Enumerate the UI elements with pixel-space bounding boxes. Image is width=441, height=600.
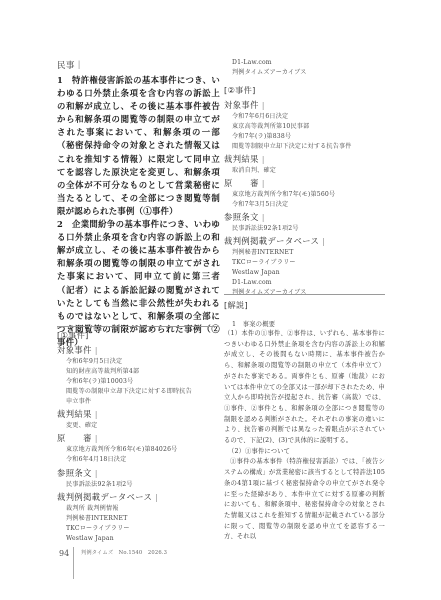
case2-db-5: 判例タイムズアーカイブス xyxy=(232,288,307,298)
case2-db-1: 判例秘書INTERNET xyxy=(232,248,293,258)
case1-heading: [①事件] xyxy=(57,330,89,341)
category-label: 民事｜ xyxy=(57,59,84,71)
case1-result-value: 変更、確定 xyxy=(66,421,97,431)
case2-target-3: 令和7年(ラ)第838号 xyxy=(232,132,291,142)
case2-original-1: 東京地方裁判所令和7年(モ)第560号 xyxy=(232,190,335,200)
case1-db-1: 裁判所 裁判例情報 xyxy=(66,504,119,514)
case2-db-4: D1-Law.com xyxy=(232,278,272,288)
case1-ref-label: 参照条文| xyxy=(57,467,98,479)
case2-ref-label: 参照条文| xyxy=(224,211,265,223)
commentary-paragraph-2: ①事件の基本事件（特許権侵害訴訟）では、「被告システムの構成」が営業秘密に該当す… xyxy=(224,457,385,543)
db-continued-1: D1-Law.com xyxy=(232,58,272,68)
footer-divider xyxy=(73,547,74,579)
case1-db-3: TKCローライブラリー xyxy=(66,524,130,534)
case2-original-2: 令和7年3月5日決定 xyxy=(232,200,288,210)
case2-target-2: 東京高等裁判所第10民事部 xyxy=(232,122,309,132)
case2-result-label: 裁判結果| xyxy=(224,153,265,165)
case2-ref-value: 民事訴訟法92条1項2号 xyxy=(232,224,299,234)
holdings: 1 特許権侵害訴訟の基本事件につき、いわゆる口外禁止条項を含む内容の訴訟上の和解… xyxy=(57,74,220,349)
page-number: 94 xyxy=(59,549,69,558)
commentary-paragraph-1: （1）本件の①事件、②事件は、いずれも、基本事件につきいわゆる口外禁止条項を含む… xyxy=(224,329,385,447)
case1-target-5: 申立事件 xyxy=(66,397,91,407)
divider xyxy=(57,326,219,327)
case1-db-4: Westlaw Japan xyxy=(66,534,114,544)
case1-db-label: 裁判例掲載データベース| xyxy=(57,491,158,503)
case2-db-3: Westlaw Japan xyxy=(232,268,280,278)
case2-db-label: 裁判例掲載データベース| xyxy=(224,235,325,247)
case1-target-3: 令和6年(ラ)第10003号 xyxy=(66,377,133,387)
case1-db-2: 判例秘書INTERNET xyxy=(66,514,127,524)
case2-target-label: 対象事件| xyxy=(224,99,265,111)
case1-original-2: 令和6年4月18日決定 xyxy=(66,455,126,465)
divider xyxy=(224,294,385,295)
publication-info: 判例タイムズ No.1540 2026.3 xyxy=(81,549,167,556)
case2-heading: [②事件] xyxy=(224,85,256,96)
case1-target-label: 対象事件| xyxy=(57,344,98,356)
case1-target-2: 知的財産高等裁判所第4部 xyxy=(66,367,139,377)
case2-db-2: TKCローライブラリー xyxy=(232,258,296,268)
db-continued-2: 判例タイムズアーカイブス xyxy=(232,68,307,78)
commentary-heading: [解説] xyxy=(224,300,248,311)
case1-ref-value: 民事訴訟法92条1項2号 xyxy=(66,480,133,490)
case2-target-4: 閲覧等制限申立却下決定に対する抗告事件 xyxy=(232,142,352,152)
case1-target-4: 閲覧等の制限申立却下決定に対する即時抗告 xyxy=(66,387,192,397)
case1-result-label: 裁判結果| xyxy=(57,408,98,420)
commentary-subheading-2: （2）①事件について xyxy=(224,447,385,458)
case2-original-label: 原 審| xyxy=(224,177,265,189)
case1-target-1: 令和6年9月5日決定 xyxy=(66,357,122,367)
holding-1: 1 特許権侵害訴訟の基本事件につき、いわゆる口外禁止条項を含む内容の訴訟上の和解… xyxy=(57,74,220,218)
case1-original-1: 東京地方裁判所令和6年(モ)第84026号 xyxy=(66,445,177,455)
case2-target-1: 令和7年6月6日決定 xyxy=(232,112,288,122)
case2-result-value: 取消自判、確定 xyxy=(232,166,276,176)
case1-original-label: 原 審| xyxy=(57,432,98,444)
commentary-body: （1）本件の①事件、②事件は、いずれも、基本事件につきいわゆる口外禁止条項を含む… xyxy=(224,329,385,543)
